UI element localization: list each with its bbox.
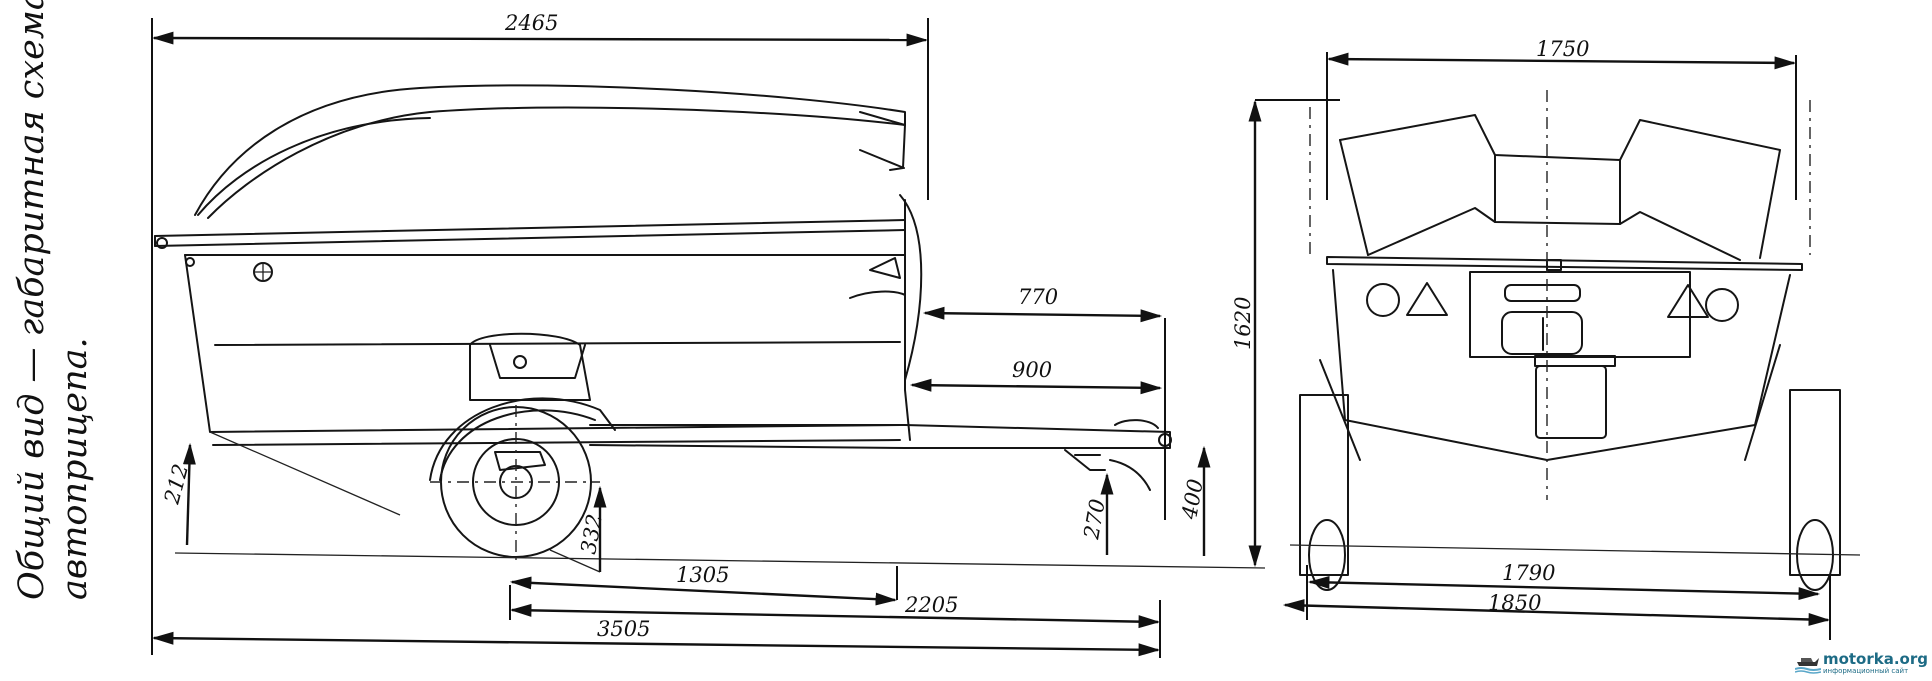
- dim-2465: 2465: [504, 11, 558, 35]
- dim-3505: 3505: [597, 617, 650, 641]
- dim-1790: 1790: [1502, 561, 1555, 585]
- boat-icon: [1795, 652, 1821, 674]
- dim-1305: 1305: [676, 563, 729, 587]
- trailer-drawing: 2465: [0, 0, 1932, 681]
- dim-1620: 1620: [1231, 297, 1255, 350]
- dim-2205: 2205: [904, 593, 958, 617]
- watermark[interactable]: motorka.org информационный сайт: [1795, 652, 1928, 675]
- dim-1750: 1750: [1536, 37, 1589, 61]
- dim-270: 270: [1079, 497, 1110, 542]
- dim-1850: 1850: [1488, 591, 1541, 615]
- dim-900: 900: [1012, 358, 1052, 382]
- boat-hull: [155, 85, 905, 266]
- side-view: 2465: [152, 11, 1265, 658]
- dim-770: 770: [1018, 285, 1058, 309]
- rear-view: 1750 1620: [1231, 37, 1860, 640]
